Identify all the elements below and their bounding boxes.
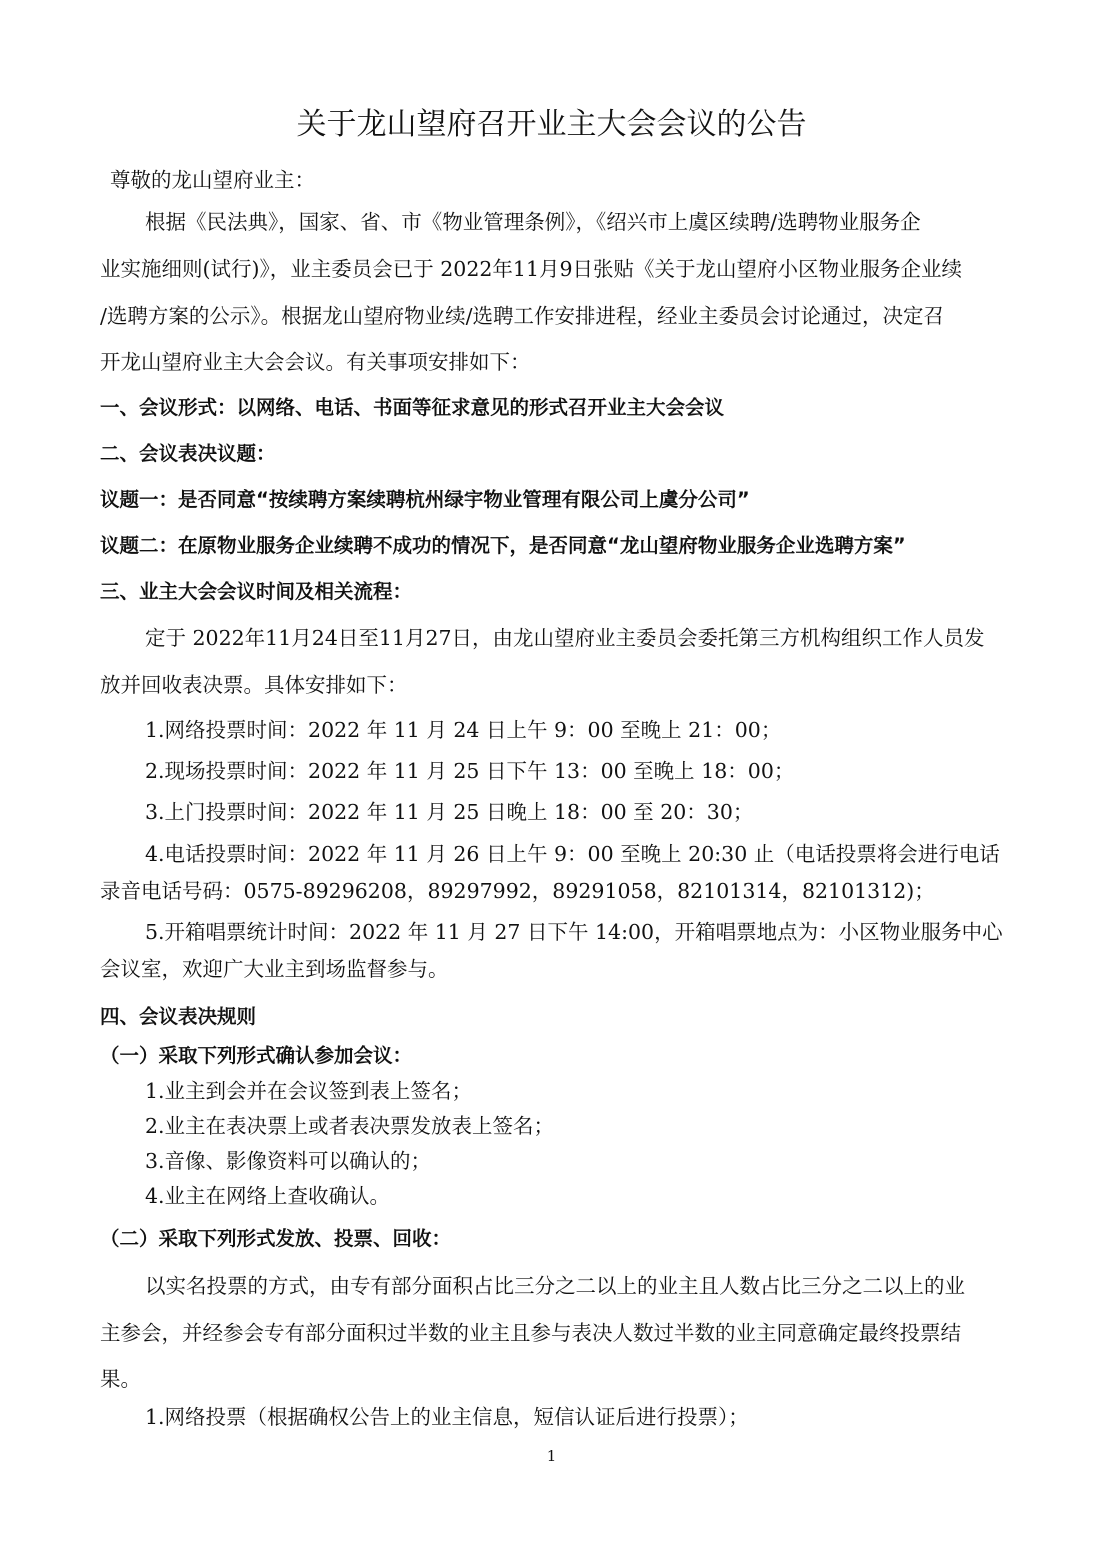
confirm-item: 3.音像、影像资料可以确认的； (145, 1147, 431, 1175)
schedule-item: 2.现场投票时间：2022 年 11 月 25 日下午 13：00 至晚上 18… (145, 757, 794, 785)
intro-line: /选聘方案的公示》。根据龙山望府物业续/选聘工作安排进程，经业主委员会讨论通过，… (100, 302, 944, 330)
section-heading-2: 二、会议表决议题： (100, 440, 276, 468)
topic-1: 议题一：是否同意“按续聘方案续聘杭州绿宇物业管理有限公司上虞分公司” (100, 486, 750, 514)
schedule-item: 3.上门投票时间：2022 年 11 月 25 日晚上 18：00 至 20：3… (145, 798, 753, 826)
schedule-item: 1.网络投票时间：2022 年 11 月 24 日上午 9：00 至晚上 21：… (145, 716, 781, 744)
section-heading-1: 一、会议形式：以网络、电话、书面等征求意见的形式召开业主大会会议 (100, 394, 724, 422)
salutation: 尊敬的龙山望府业主： (110, 166, 315, 194)
schedule-intro-line: 定于 2022年11月24日至11月27日，由龙山望府业主委员会委托第三方机构组… (145, 624, 985, 652)
confirm-item: 1.业主到会并在会议签到表上签名； (145, 1077, 472, 1105)
schedule-item: 5.开箱唱票统计时间：2022 年 11 月 27 日下午 14:00，开箱唱票… (145, 918, 1003, 946)
voting-rule-line: 以实名投票的方式，由专有部分面积占比三分之二以上的业主且人数占比三分之二以上的业 (145, 1272, 965, 1300)
schedule-item-continued: 会议室，欢迎广大业主到场监督参与。 (100, 955, 449, 983)
subsection-heading-1: （一）采取下列形式确认参加会议： (100, 1042, 412, 1070)
section-heading-3: 三、业主大会会议时间及相关流程： (100, 578, 412, 606)
subsection-heading-2: （二）采取下列形式发放、投票、回收： (100, 1225, 451, 1253)
voting-method-item: 1.网络投票（根据确权公告上的业主信息，短信认证后进行投票）； (145, 1403, 749, 1431)
topic-2: 议题二：在原物业服务企业续聘不成功的情况下，是否同意“龙山望府物业服务企业选聘方… (100, 532, 906, 560)
schedule-item-continued: 录音电话号码：0575-89296208，89297992，89291058，8… (100, 877, 935, 905)
schedule-intro-line: 放并回收表决票。具体安排如下： (100, 671, 408, 699)
intro-line: 业实施细则(试行)》，业主委员会已于 2022年11月9日张贴《关于龙山望府小区… (100, 255, 962, 283)
document-title: 关于龙山望府召开业主大会会议的公告 (0, 105, 1103, 145)
confirm-item: 4.业主在网络上查收确认。 (145, 1182, 390, 1210)
confirm-item: 2.业主在表决票上或者表决票发放表上签名； (145, 1112, 554, 1140)
intro-line: 开龙山望府业主大会会议。有关事项安排如下： (100, 348, 531, 376)
voting-rule-line: 主参会，并经参会专有部分面积过半数的业主且参与表决人数过半数的业主同意确定最终投… (100, 1319, 961, 1347)
voting-rule-line: 果。 (100, 1365, 141, 1393)
intro-line: 根据《民法典》，国家、省、市《物业管理条例》，《绍兴市上虞区续聘/选聘物业服务企 (145, 208, 921, 236)
page-number: 1 (0, 1447, 1103, 1465)
section-heading-4: 四、会议表决规则 (100, 1003, 256, 1031)
schedule-item: 4.电话投票时间：2022 年 11 月 26 日上午 9：00 至晚上 20:… (145, 840, 1000, 868)
